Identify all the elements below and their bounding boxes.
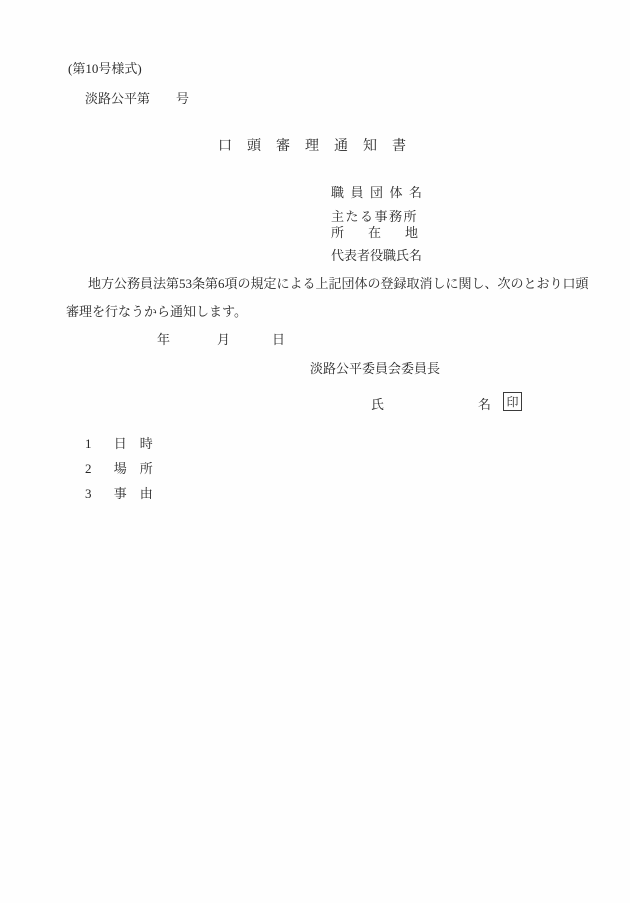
item-number: 1 bbox=[85, 436, 92, 452]
item-number: 3 bbox=[85, 486, 92, 502]
body-text-line-2: 審理を行なうから通知します。 bbox=[66, 301, 247, 320]
document-title: 口頭審理通知書 bbox=[218, 135, 421, 155]
date-line: 年 月 日 bbox=[157, 329, 457, 345]
seal-mark: 印 bbox=[503, 392, 522, 411]
date-year-label: 年 bbox=[157, 329, 170, 348]
surname-label: 氏 bbox=[371, 394, 384, 413]
seal-character: 印 bbox=[506, 393, 518, 410]
form-number-label: (第10号様式) bbox=[68, 58, 142, 77]
item-number: 2 bbox=[85, 461, 92, 477]
office-address-label: 所在地 bbox=[331, 222, 442, 241]
signature-name-line: 氏 名 印 bbox=[0, 392, 630, 412]
document-reference-number: 淡路公平第 号 bbox=[85, 88, 189, 107]
body-text-line-1: 地方公務員法第53条第6項の規定による上記団体の登録取消しに関し、次のとおり口頭 bbox=[66, 273, 589, 292]
issuer-title: 淡路公平委員会委員長 bbox=[310, 358, 440, 377]
item-label: 場 所 bbox=[114, 458, 153, 477]
representative-title-name-label: 代表者役職氏名 bbox=[331, 245, 422, 264]
list-item-place: 2 場 所 bbox=[85, 458, 153, 477]
staff-organization-name-label: 職員団体名 bbox=[331, 182, 429, 201]
list-item-reason: 3 事 由 bbox=[85, 483, 153, 502]
list-item-date-time: 1 日 時 bbox=[85, 433, 153, 452]
given-name-label: 名 bbox=[478, 394, 491, 413]
date-month-label: 月 bbox=[217, 329, 230, 348]
document-page: (第10号様式) 淡路公平第 号 口頭審理通知書 職員団体名 主たる事務所 所在… bbox=[0, 0, 630, 903]
date-day-label: 日 bbox=[272, 329, 285, 348]
item-label: 日 時 bbox=[114, 433, 153, 452]
item-label: 事 由 bbox=[114, 483, 153, 502]
